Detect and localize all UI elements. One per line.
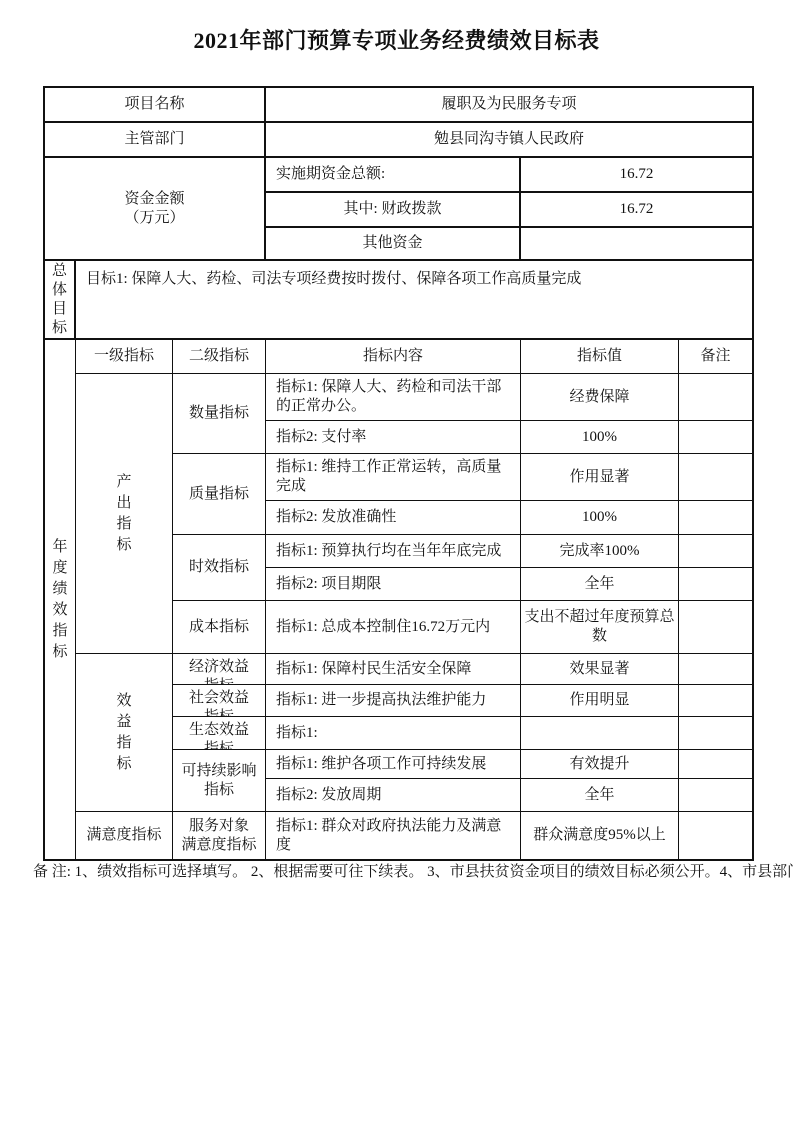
funds-other-label: 其他资金 <box>266 228 521 261</box>
level2-service: 服务对象 满意度指标 <box>173 812 266 859</box>
indicator-value <box>521 717 679 750</box>
indicator-remark <box>679 750 752 779</box>
level1-output: 产 出 指 标 <box>76 374 173 654</box>
funds-total-value: 16.72 <box>521 158 752 193</box>
indicator-value: 全年 <box>521 568 679 601</box>
indicator-value: 经费保障 <box>521 374 679 421</box>
indicator-remark <box>679 654 752 685</box>
indicator-content: 指标1: 进一步提高执法维护能力 <box>266 685 521 717</box>
indicator-value: 作用明显 <box>521 685 679 717</box>
indicator-remark <box>679 685 752 717</box>
header-level1: 一级指标 <box>76 340 173 374</box>
project-name-value: 履职及为民服务专项 <box>266 88 752 123</box>
indicator-content: 指标1: <box>266 717 521 750</box>
indicator-content: 指标1: 保障人大、药检和司法干部 的正常办公。 <box>266 374 521 421</box>
level1-benefit: 效 益 指 标 <box>76 654 173 812</box>
indicator-content: 指标2: 发放周期 <box>266 779 521 812</box>
indicator-content: 指标2: 支付率 <box>266 421 521 454</box>
indicator-remark <box>679 568 752 601</box>
header-remark: 备注 <box>679 340 752 374</box>
department-value: 勉县同沟寺镇人民政府 <box>266 123 752 158</box>
indicator-value: 全年 <box>521 779 679 812</box>
indicator-content: 指标1: 群众对政府执法能力及满意 度 <box>266 812 521 859</box>
level2-social: 社会效益 指标 <box>173 685 266 717</box>
indicator-content: 指标1: 维护各项工作可持续发展 <box>266 750 521 779</box>
header-content: 指标内容 <box>266 340 521 374</box>
overall-goal-text: 目标1: 保障人大、药检、司法专项经费按时拨付、保障各项工作高质量完成 <box>76 261 752 340</box>
funds-other-value <box>521 228 752 261</box>
department-label: 主管部门 <box>45 123 266 158</box>
indicator-remark <box>679 374 752 421</box>
project-name-label: 项目名称 <box>45 88 266 123</box>
level2-ecological: 生态效益 指标 <box>173 717 266 750</box>
indicator-remark <box>679 601 752 654</box>
indicator-value: 有效提升 <box>521 750 679 779</box>
indicator-value: 支出不超过年度预算总 数 <box>521 601 679 654</box>
indicator-remark <box>679 501 752 535</box>
indicator-value: 群众满意度95%以上 <box>521 812 679 859</box>
overall-goal-label: 总 体 目 标 <box>45 261 76 340</box>
funds-fiscal-value: 16.72 <box>521 193 752 228</box>
indicator-remark <box>679 717 752 750</box>
indicator-value: 作用显著 <box>521 454 679 501</box>
indicator-content: 指标1: 维持工作正常运转，高质量 完成 <box>266 454 521 501</box>
funds-fiscal-label: 其中: 财政拨款 <box>266 193 521 228</box>
level2-cost: 成本指标 <box>173 601 266 654</box>
funds-total-label: 实施期资金总额: <box>266 158 521 193</box>
indicator-remark <box>679 812 752 859</box>
indicator-content: 指标1: 保障村民生活安全保障 <box>266 654 521 685</box>
indicator-value: 100% <box>521 501 679 535</box>
level2-quality: 质量指标 <box>173 454 266 535</box>
indicator-value: 效果显著 <box>521 654 679 685</box>
indicator-value: 完成率100% <box>521 535 679 568</box>
level1-satisfaction: 满意度指标 <box>76 812 173 859</box>
funds-label: 资金金额 （万元） <box>45 158 266 261</box>
level2-quantity: 数量指标 <box>173 374 266 454</box>
level2-sustain: 可持续影响 指标 <box>173 750 266 812</box>
page-title: 2021年部门预算专项业务经费绩效目标表 <box>0 24 793 55</box>
header-value: 指标值 <box>521 340 679 374</box>
indicator-content: 指标1: 预算执行均在当年年底完成 <box>266 535 521 568</box>
indicator-value: 100% <box>521 421 679 454</box>
level2-economic: 经济效益 指标 <box>173 654 266 685</box>
indicator-remark <box>679 454 752 501</box>
indicator-remark <box>679 421 752 454</box>
indicator-remark <box>679 779 752 812</box>
indicator-content: 指标2: 项目期限 <box>266 568 521 601</box>
performance-target-table: 项目名称 履职及为民服务专项 主管部门 勉县同沟寺镇人民政府 资金金额 （万元）… <box>43 86 754 861</box>
footnote: 备 注: 1、绩效指标可选择填写。 2、根据需要可往下续表。 3、市县扶贫资金项… <box>33 860 793 881</box>
indicator-remark <box>679 535 752 568</box>
header-level2: 二级指标 <box>173 340 266 374</box>
level2-timeliness: 时效指标 <box>173 535 266 601</box>
annual-indicators-label: 年 度 绩 效 指 标 <box>45 340 76 859</box>
indicator-content: 指标2: 发放准确性 <box>266 501 521 535</box>
indicator-content: 指标1: 总成本控制住16.72万元内 <box>266 601 521 654</box>
